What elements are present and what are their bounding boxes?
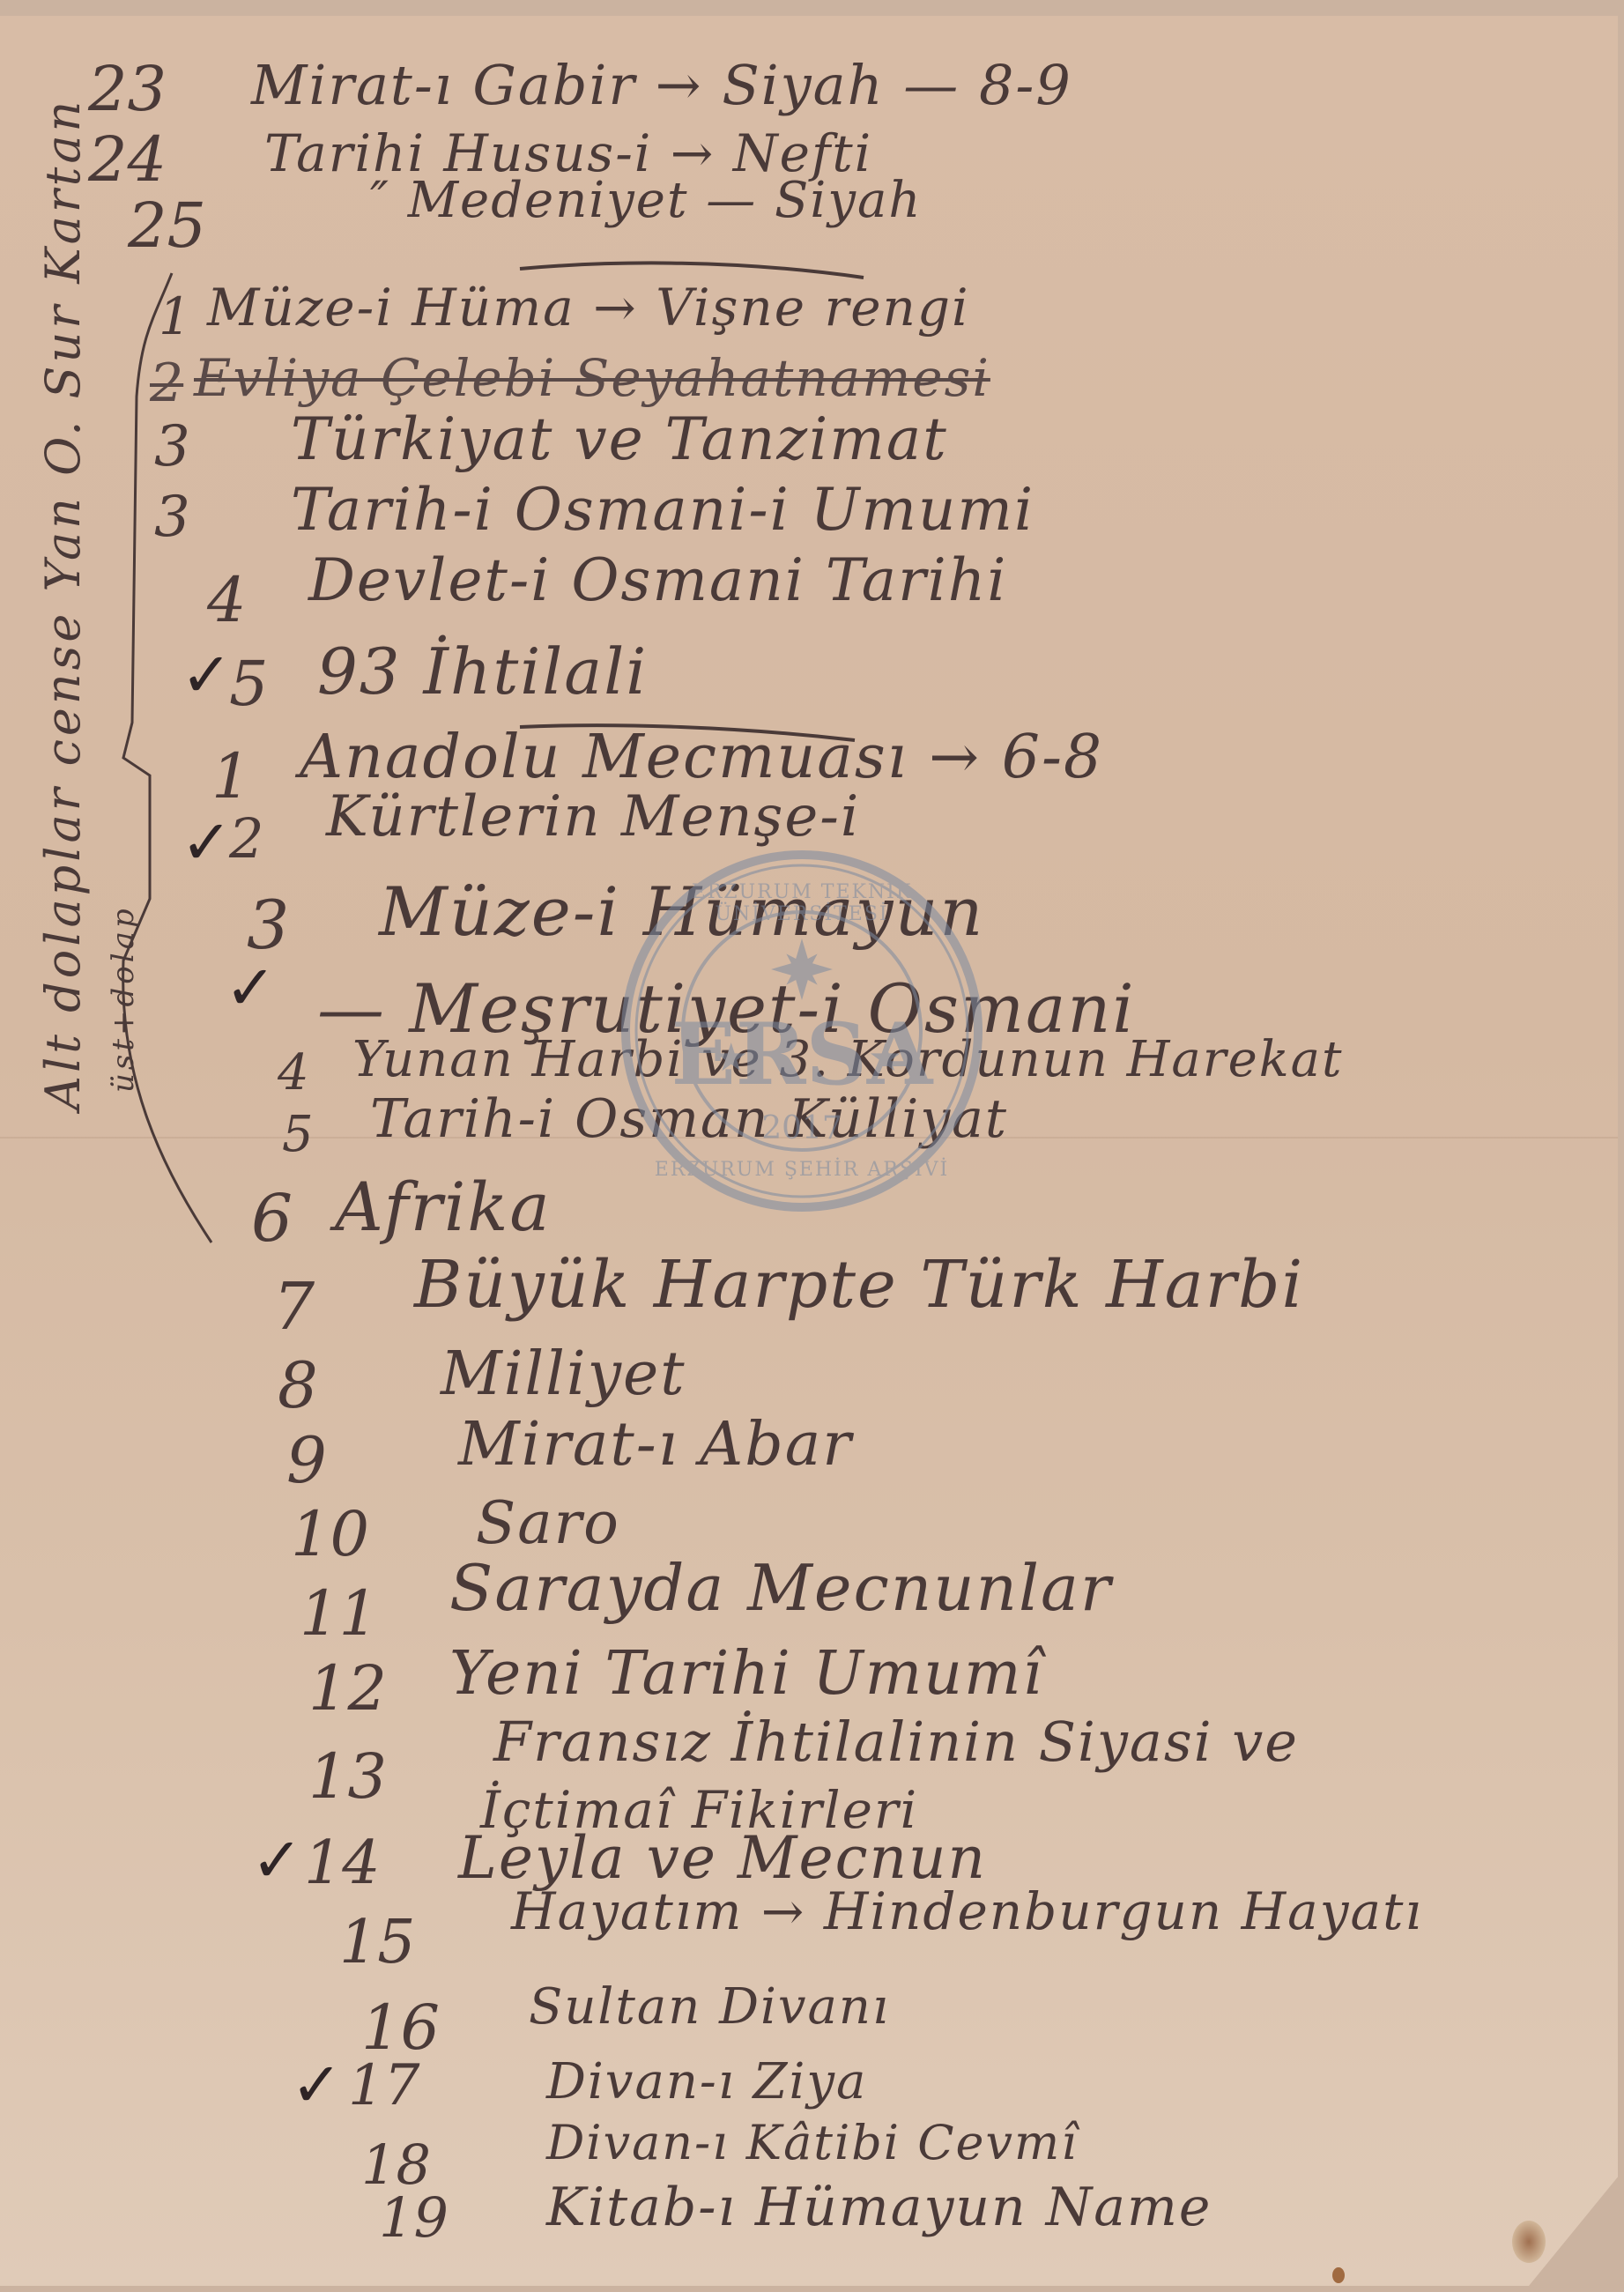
list-item: Hayatım → Hindenburgun Hayatı — [511, 1881, 1423, 1941]
item-number: 4 — [278, 1044, 309, 1101]
list-item: ″ Medeniyet — Siyah — [370, 172, 922, 229]
list-item: Anadolu Mecmuası → 6-8 — [300, 723, 1103, 792]
item-number: 15 — [339, 1908, 416, 1977]
stamp-outer-top: ERZURUM TEKNİK ÜNİVERSİTESİ — [617, 881, 987, 925]
list-item: Fransız İhtilalinin Siyasi ve — [493, 1710, 1299, 1774]
list-item: Milliyet — [441, 1339, 686, 1409]
item-number: 2 — [229, 806, 263, 871]
item-number: 1 — [211, 740, 251, 812]
list-item: Kitab-ı Hümayun Name — [546, 2177, 1212, 2238]
list-item: Saro — [476, 1489, 620, 1557]
item-number: 10 — [291, 1498, 369, 1570]
checkmark-icon: ✓ — [225, 952, 277, 1024]
list-item: Tarih-i Osmani-i Umumi — [291, 476, 1034, 544]
item-number: 13 — [308, 1740, 387, 1813]
item-number: 12 — [308, 1652, 387, 1725]
list-item: Mirat-ı Abar — [458, 1410, 853, 1480]
item-number: 24 — [88, 123, 167, 196]
list-item: Türkiyat ve Tanzimat — [291, 405, 948, 473]
list-item: Büyük Harpte Türk Harbi — [414, 1247, 1304, 1323]
item-number: 11 — [300, 1577, 378, 1650]
checkmark-icon: ✓ — [251, 1824, 303, 1896]
item-number: 4 — [207, 564, 247, 636]
list-item-struck: Evliya Çelebi Seyahatnamesi — [194, 348, 990, 408]
item-number: 3 — [154, 485, 190, 550]
item-number: 5 — [229, 648, 269, 720]
paper-damage-hole — [1512, 2221, 1546, 2263]
list-item: Devlet-i Osmani Tarihi — [308, 546, 1007, 614]
checkmark-icon: ✓ — [181, 639, 233, 711]
item-number: 25 — [128, 189, 206, 262]
item-number: 2 — [150, 352, 183, 414]
item-number: 3 — [154, 414, 190, 479]
list-item: Sarayda Mecnunlar — [449, 1551, 1112, 1625]
list-item: Divan-ı Ziya — [546, 2053, 867, 2110]
item-number: 1 — [159, 286, 191, 346]
item-number: 14 — [304, 1828, 381, 1898]
stamp-year: 2017 — [617, 1110, 987, 1146]
paper-damage-spot — [1332, 2267, 1345, 2283]
item-number: 6 — [251, 1181, 293, 1257]
list-item: Afrika — [335, 1168, 552, 1246]
item-number: 7 — [273, 1269, 315, 1345]
archive-stamp: ★ ★ ERSA 2017 ERZURUM TEKNİK ÜNİVERSİTES… — [617, 846, 987, 1216]
item-number: 23 — [88, 53, 167, 125]
stamp-outer-bottom: ERZURUM ŞEHİR ARŞİVİ — [617, 1159, 987, 1181]
checkmark-icon: ✓ — [181, 806, 233, 879]
item-number: 17 — [348, 2053, 419, 2118]
item-number: 9 — [286, 1423, 327, 1497]
list-item: 93 İhtilali — [317, 634, 648, 708]
list-item: Divan-ı Kâtibi Cevmî — [546, 2115, 1079, 2170]
item-number: 8 — [278, 1348, 318, 1422]
item-number: 5 — [282, 1106, 314, 1163]
list-item: Sultan Divanı — [529, 1978, 890, 2036]
list-item: Mirat-ı Gabir → Siyah — 8-9 — [251, 53, 1072, 117]
list-item: Müze-i Hüma → Vişne rengi — [207, 278, 970, 337]
checkmark-icon: ✓ — [291, 2049, 343, 2121]
stamp-center-text: ERSA — [617, 1005, 987, 1104]
item-number: 19 — [379, 2185, 449, 2250]
list-item: Kürtlerin Menşe-i — [326, 784, 860, 849]
list-item: Yeni Tarihi Umumî — [449, 1639, 1043, 1709]
